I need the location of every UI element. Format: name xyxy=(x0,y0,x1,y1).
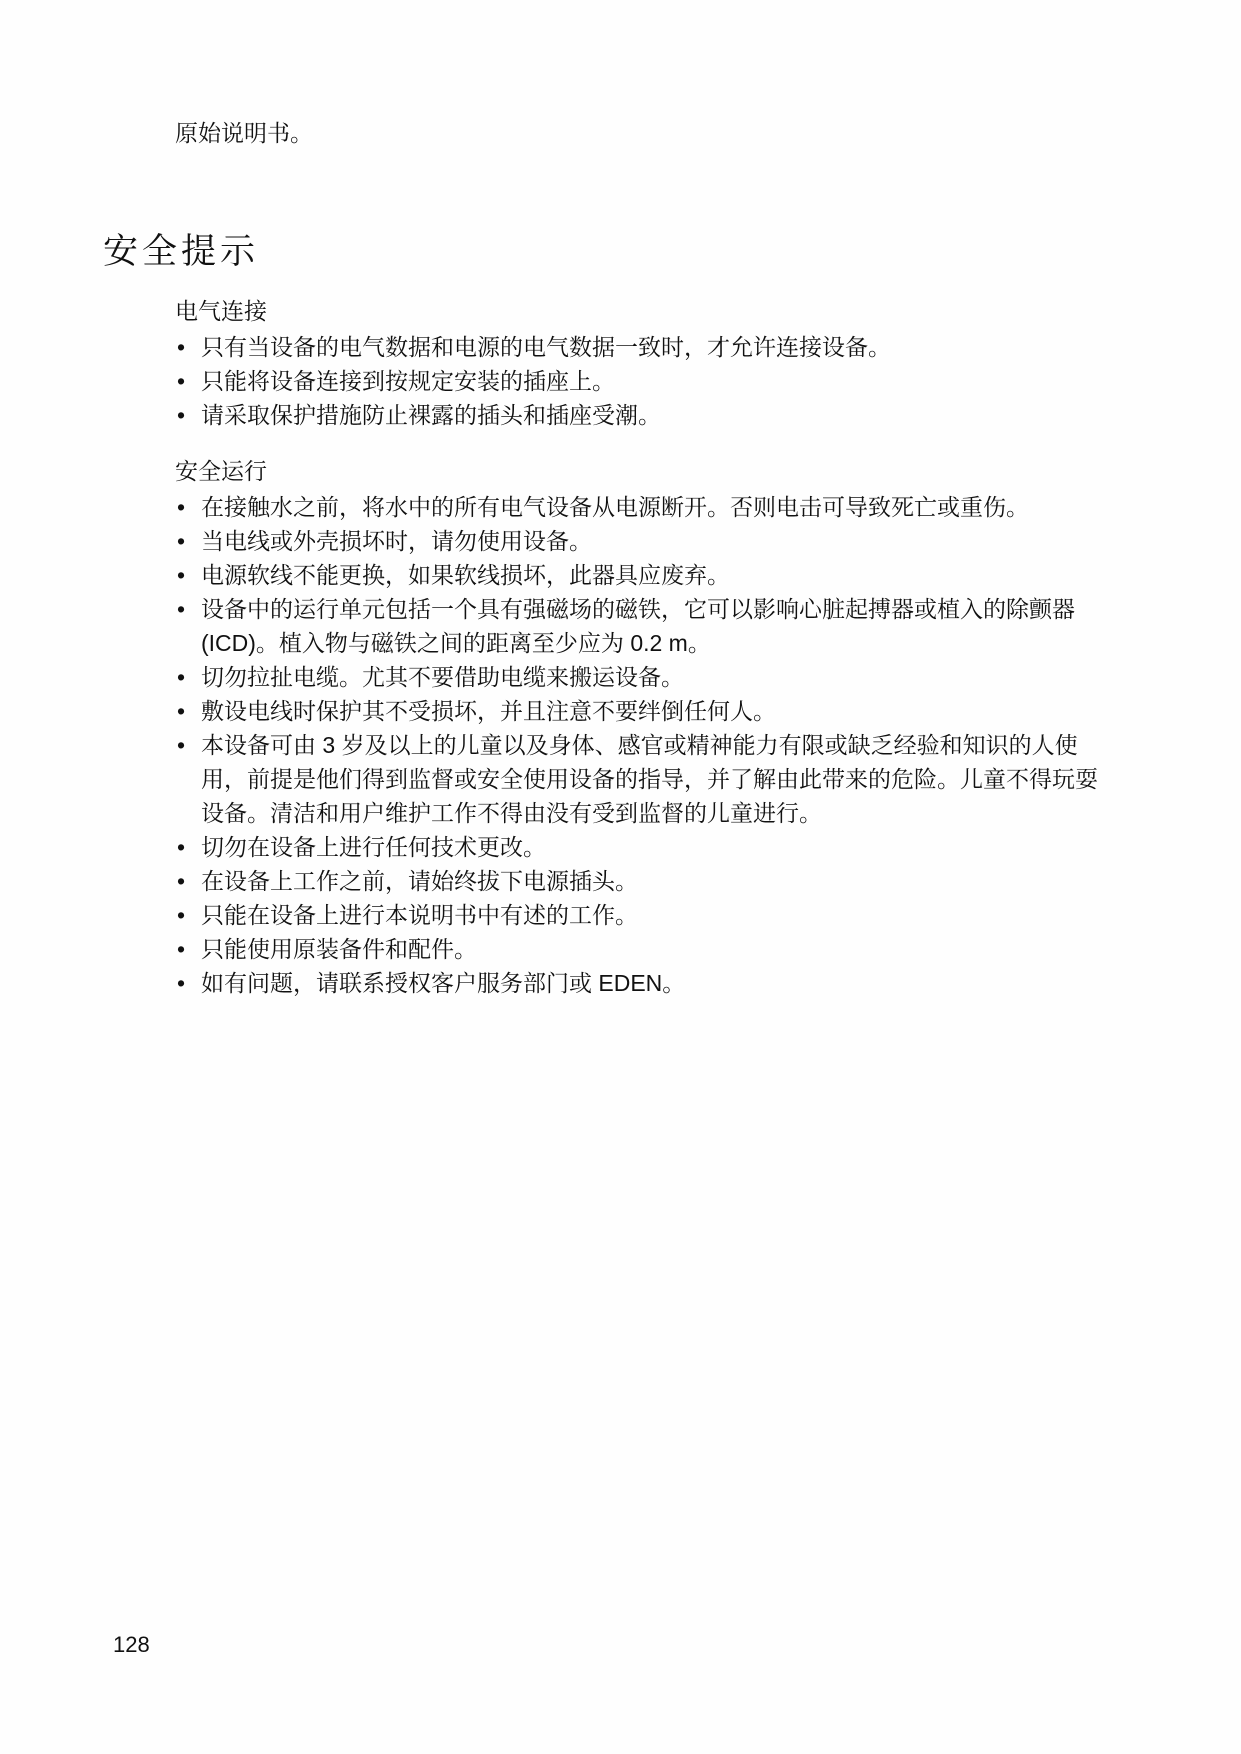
bullet-item: 敷设电线时保护其不受损坏，并且注意不要绊倒任何人。 xyxy=(175,694,1101,728)
page-title: 安全提示 xyxy=(103,232,1241,272)
safe-operation-bullet-list: 在接触水之前，将水中的所有电气设备从电源断开。否则电击可导致死亡或重伤。 当电线… xyxy=(175,490,1101,1000)
bullet-item: 在接触水之前，将水中的所有电气设备从电源断开。否则电击可导致死亡或重伤。 xyxy=(175,490,1101,524)
section-safe-operation: 安全运行 在接触水之前，将水中的所有电气设备从电源断开。否则电击可导致死亡或重伤… xyxy=(175,432,1101,1000)
bullet-item: 电源软线不能更换，如果软线损坏，此器具应废弃。 xyxy=(175,558,1101,592)
bullet-item: 如有问题，请联系授权客户服务部门或 EDEN。 xyxy=(175,966,1101,1000)
bullet-item: 只能将设备连接到按规定安装的插座上。 xyxy=(175,364,1101,398)
bullet-item: 只能在设备上进行本说明书中有述的工作。 xyxy=(175,898,1101,932)
section-electrical-connection: 电气连接 只有当设备的电气数据和电源的电气数据一致时，才允许连接设备。 只能将设… xyxy=(175,272,1101,432)
page-number: 128 xyxy=(113,1632,150,1658)
electrical-connection-bullet-list: 只有当设备的电气数据和电源的电气数据一致时，才允许连接设备。 只能将设备连接到按… xyxy=(175,330,1101,432)
bullet-item: 设备中的运行单元包括一个具有强磁场的磁铁，它可以影响心脏起搏器或植入的除颤器 (… xyxy=(175,592,1101,660)
bullet-item: 切勿在设备上进行任何技术更改。 xyxy=(175,830,1101,864)
section-subtitle-electrical-connection: 电气连接 xyxy=(175,272,1101,328)
bullet-item: 本设备可由 3 岁及以上的儿童以及身体、感官或精神能力有限或缺乏经验和知识的人使… xyxy=(175,728,1101,830)
bullet-item: 当电线或外壳损坏时，请勿使用设备。 xyxy=(175,524,1101,558)
bullet-item: 只能使用原装备件和配件。 xyxy=(175,932,1101,966)
bullet-item: 只有当设备的电气数据和电源的电气数据一致时，才允许连接设备。 xyxy=(175,330,1101,364)
section-subtitle-safe-operation: 安全运行 xyxy=(175,432,1101,488)
intro-text: 原始说明书。 xyxy=(175,0,1241,150)
document-page: 原始说明书。 安全提示 电气连接 只有当设备的电气数据和电源的电气数据一致时，才… xyxy=(0,0,1241,1754)
bullet-item: 在设备上工作之前，请始终拔下电源插头。 xyxy=(175,864,1101,898)
bullet-item: 请采取保护措施防止裸露的插头和插座受潮。 xyxy=(175,398,1101,432)
bullet-item: 切勿拉扯电缆。尤其不要借助电缆来搬运设备。 xyxy=(175,660,1101,694)
